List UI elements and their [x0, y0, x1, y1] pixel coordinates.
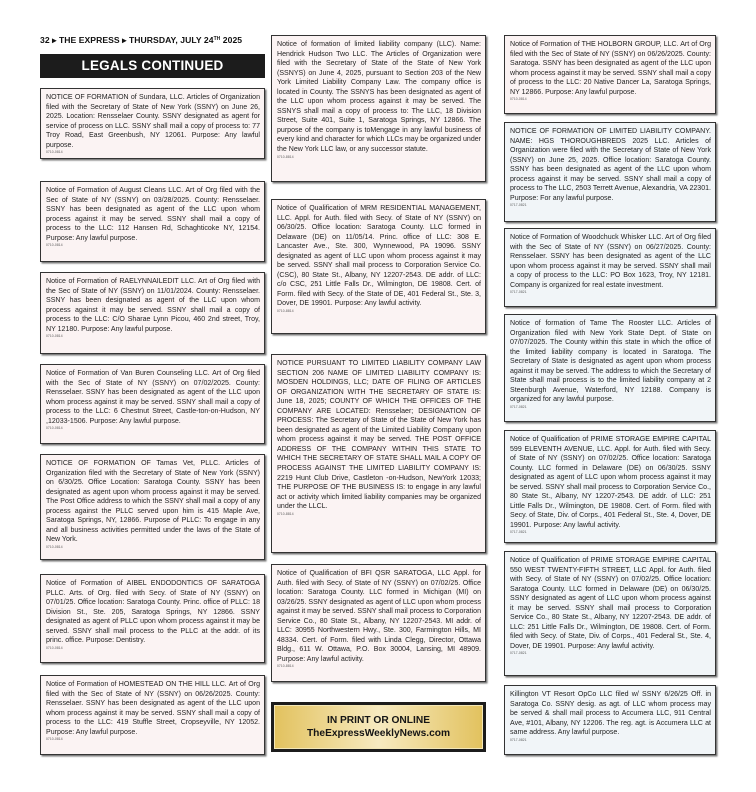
- section-title: LEGALS CONTINUED: [40, 54, 265, 78]
- notice-code: 0710-0814: [46, 426, 260, 431]
- legal-notice: Notice of Qualification of PRIME STORAGE…: [504, 551, 716, 676]
- legal-notice: Killington VT Resort OpCo LLC filed w/ S…: [504, 685, 716, 755]
- notice-code: 0710-0814: [46, 737, 260, 742]
- legal-notice: Notice of Formation of THE HOLBORN GROUP…: [504, 35, 716, 114]
- notice-code: 0717-0821: [510, 203, 711, 208]
- promo-website-link[interactable]: TheExpressWeeklyNews.com: [307, 727, 450, 740]
- website-promo-banner[interactable]: IN PRINT OR ONLINE TheExpressWeeklyNews.…: [271, 702, 486, 752]
- notice-code: 0710-0814: [46, 545, 260, 550]
- notice-code: 0710-0814: [46, 646, 260, 651]
- legal-notice: Notice of Formation of August Cleans LLC…: [40, 181, 265, 262]
- separator-icon: ▸: [122, 35, 126, 45]
- promo-inner: IN PRINT OR ONLINE TheExpressWeeklyNews.…: [274, 705, 483, 749]
- issue-date: THURSDAY, JULY 24TH 2025: [129, 35, 242, 45]
- legal-notice: Notice of Formation of Woodchuck Whisker…: [504, 228, 716, 307]
- notice-code: 0710-8814: [277, 512, 481, 517]
- publication-name: THE EXPRESS: [59, 35, 120, 45]
- notice-code: 0717-0821: [510, 738, 711, 743]
- notice-code: 0710-0814: [46, 150, 260, 155]
- notice-code: 0710-0814: [46, 334, 260, 339]
- notice-code: 0717-0821: [510, 405, 711, 410]
- separator-icon: ▸: [52, 35, 56, 45]
- legal-notice: Notice of Qualification of BFI QSR SARAT…: [271, 564, 486, 682]
- notice-code: 0710-8814: [277, 155, 481, 160]
- legal-notice: NOTICE OF FORMATION OF LIMITED LIABILITY…: [504, 122, 716, 222]
- legal-notice: Notice of Qualification of MRM RESIDENTI…: [271, 199, 486, 334]
- page-number: 32: [40, 35, 50, 45]
- notice-code: 0710-8814: [277, 309, 481, 314]
- notice-code: 0717-0821: [510, 651, 711, 656]
- legal-notice: NOTICE OF FORMATION OF Tamas Vet, PLLC. …: [40, 454, 265, 560]
- legal-notice: NOTICE OF FORMATION of Sundara, LLC. Art…: [40, 88, 265, 159]
- notice-code: 0710-0814: [46, 243, 260, 248]
- legal-notice: Notice of Formation of Van Buren Counsel…: [40, 364, 265, 444]
- legal-notice: Notice of formation of Tame The Rooster …: [504, 314, 716, 422]
- notice-code: 0710-8814: [277, 664, 481, 669]
- promo-headline: IN PRINT OR ONLINE: [327, 714, 430, 727]
- notice-code: 0717-0821: [510, 530, 711, 535]
- legal-notice: Notice of Formation of AIBEL ENDODONTICS…: [40, 574, 265, 663]
- legal-notice: Notice of Qualification of PRIME STORAGE…: [504, 430, 716, 543]
- legal-notice: Notice of Formation of RAELYNNAILEDIT LL…: [40, 272, 265, 354]
- legal-notice: NOTICE PURSUANT TO LIMITED LIABILITY COM…: [271, 354, 486, 553]
- notice-code: 0710-0814: [510, 97, 711, 102]
- legal-notice: Notice of formation of limited liability…: [271, 35, 486, 182]
- notice-code: 0717-0821: [510, 290, 711, 295]
- page-header: 32 ▸ THE EXPRESS ▸ THURSDAY, JULY 24TH 2…: [40, 35, 242, 46]
- legal-notice: Notice of Formation of HOMESTEAD ON THE …: [40, 675, 265, 755]
